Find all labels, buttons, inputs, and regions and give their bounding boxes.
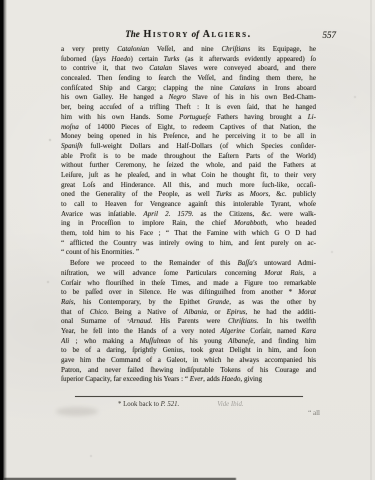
paper-speckles [0, 0, 2, 2]
title-word-of: of [192, 29, 200, 39]
text-line: ſuperior Capacity, far exceeding his Yea… [61, 375, 316, 385]
text-line: ſuborned (ſays Haedo) certain Turks (as … [61, 55, 316, 65]
paper-smudge [56, 407, 98, 416]
text-line: Ali ; who making a Muſſulman of his youn… [61, 337, 316, 347]
title-word-the: The [125, 29, 140, 39]
body-text: a very pretty Catalonian Veſſel, and nin… [61, 45, 316, 385]
footnote-reference: * Look back to P. 521. [118, 401, 179, 408]
footnote-rule [75, 396, 303, 397]
text-line: his own Galley. He hanged a Negro Slave … [61, 93, 316, 103]
text-line: Corſair who flouriſhed in theſe Times, a… [61, 279, 316, 289]
text-line: to call to Heaven for Vengeance againſt … [61, 200, 316, 210]
running-header: The History of Algiers. 557 [61, 29, 316, 41]
text-line: to be of a daring, ſprightly Genius, too… [61, 346, 316, 356]
text-line: Avarice was inſatiable. April 2. 1579. a… [61, 210, 316, 220]
footnote-faint-text: Vide Ibid. [217, 401, 243, 408]
text-line: them, told him to his Face ; “ That the … [61, 229, 316, 239]
text-line: Spaniſh full-weight Dollars and Half-Dol… [61, 142, 316, 152]
text-line: Money being opened in his Preſence, and … [61, 132, 316, 142]
scanned-book-page: The History of Algiers. 557 a very prett… [0, 0, 375, 480]
text-line: Patron, and never failed ſhewing indiſpu… [61, 366, 316, 376]
text-line: without further Ceremony, he ſeized the … [61, 161, 316, 171]
text-line: ing in Proceſſion to implore Rain, the c… [61, 219, 316, 229]
scan-edge-left [0, 0, 7, 480]
title-word-history: History [143, 29, 188, 40]
text-line: to contrive it, that two Catalan Slaves … [61, 64, 316, 74]
text-line: Year, he fell into the Hands of a very n… [61, 327, 316, 337]
text-line: moſna of 14000 Pieces of Eight, to redee… [61, 123, 316, 133]
text-line: a very pretty Catalonian Veſſel, and nin… [61, 45, 316, 55]
text-line: oned the Generality of the People, as we… [61, 190, 316, 200]
text-line: ber, being accuſed of a trifling Theft :… [61, 103, 316, 113]
text-line: “ count of his Enormities. ” [61, 248, 316, 258]
text-line: Before we proceed to the Remainder of th… [61, 259, 316, 269]
text-line: him with his own Hands. Some Portugueſe … [61, 113, 316, 123]
text-line: “ afflicted the Country was intirely owi… [61, 239, 316, 249]
text-line: to be paſſed over in Silence. He was diſ… [61, 288, 316, 298]
text-line: Leiſure, juſt as he pleaſed, and in what… [61, 171, 316, 181]
text-line: onal Surname of ᶜArnaud. His Parents wer… [61, 317, 316, 327]
text-line: confiſcated Ship and Cargo; clapping the… [61, 84, 316, 94]
text-line: that of Chico. Being a Native of Albania… [61, 308, 316, 318]
paragraph-1: a very pretty Catalonian Veſſel, and nin… [61, 45, 316, 258]
text-line: great Loſs and Hinderance. All this, and… [61, 181, 316, 191]
title-word-algiers: Algiers. [203, 29, 252, 40]
text-line: able Profit is to be made throughout the… [61, 152, 316, 162]
page-number: 557 [323, 30, 337, 40]
text-line: Rais, his Contemporary, by the Epithet G… [61, 298, 316, 308]
text-line: concealed. Then ſending to ſearch the Ve… [61, 74, 316, 84]
footnote: * Look back to P. 521. Vide Ibid. [61, 401, 316, 408]
text-line: gave him the Command of a Galeot, in whi… [61, 356, 316, 366]
page-title: The History of Algiers. [61, 29, 316, 40]
catchword: “ all [308, 409, 320, 417]
paragraph-2: Before we proceed to the Remainder of th… [61, 259, 316, 385]
text-line: niſtration, we will advance ſome Particu… [61, 269, 316, 279]
scan-crease-right [370, 0, 372, 480]
